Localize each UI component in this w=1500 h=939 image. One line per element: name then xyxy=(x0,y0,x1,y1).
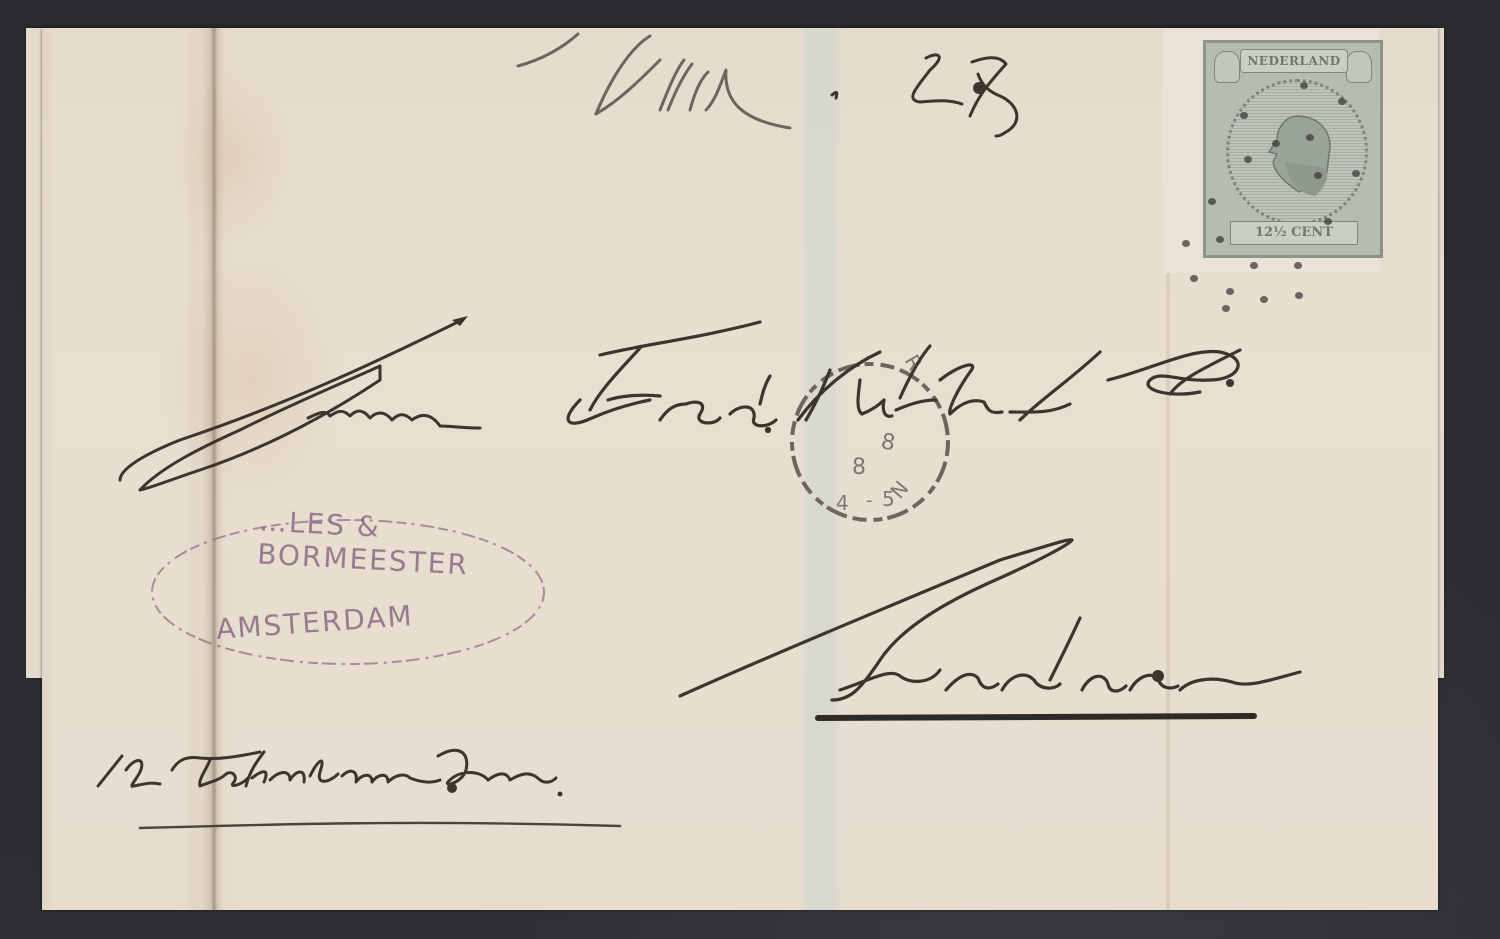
handwriting-street xyxy=(0,0,1500,939)
sender-cachet: …LES & BORMEESTER AMSTERDAM xyxy=(148,510,548,670)
